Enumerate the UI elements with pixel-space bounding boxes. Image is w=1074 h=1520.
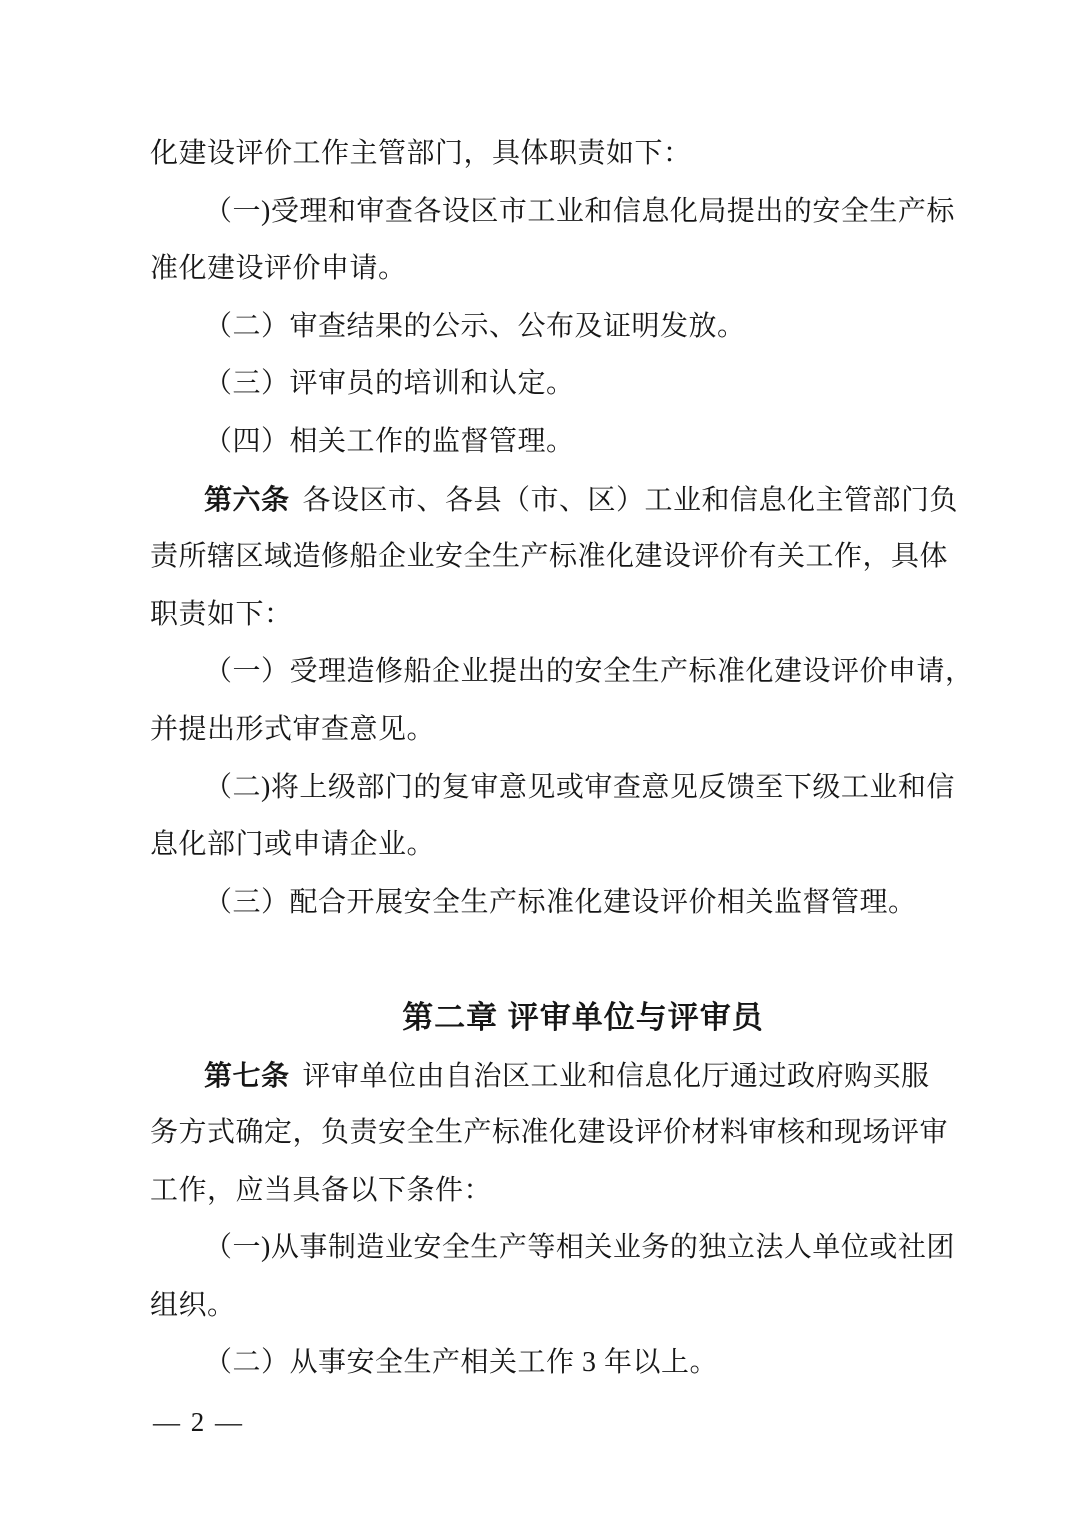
article-line: 第六条各设区市、各县（市、区）工业和信息化主管部门负 (150, 471, 942, 529)
text-line: （二)将上级部门的复审意见或审查意见反馈至下级工业和信 (150, 759, 942, 817)
text-line: 责所辖区域造修船企业安全生产标准化建设评价有关工作，具体 (150, 528, 942, 586)
text-line: 工作，应当具备以下条件： (150, 1162, 942, 1220)
document-body: 化建设评价工作主管部门，具体职责如下： （一)受理和审查各设区市工业和信息化局提… (150, 125, 942, 1392)
text-line: （二）从事安全生产相关工作 3 年以上。 (150, 1334, 942, 1392)
text-line: （一)受理和审查各设区市工业和信息化局提出的安全生产标 (150, 183, 942, 241)
text-line: （三）配合开展安全生产标准化建设评价相关监督管理。 (150, 874, 942, 932)
text-line: （二）审查结果的公示、公布及证明发放。 (150, 298, 942, 356)
document-page: 化建设评价工作主管部门，具体职责如下： （一)受理和审查各设区市工业和信息化局提… (0, 0, 1074, 1520)
text-line: 务方式确定，负责安全生产标准化建设评价材料审核和现场评审 (150, 1104, 942, 1162)
text-line: （四）相关工作的监督管理。 (150, 413, 942, 471)
page-number: — 2 — (153, 1404, 244, 1440)
article-term: 第六条 (204, 484, 290, 515)
text-line: （一）受理造修船企业提出的安全生产标准化建设评价申请， (150, 643, 942, 701)
text-line: （一)从事制造业安全生产等相关业务的独立法人单位或社团 (150, 1219, 942, 1277)
article-text: 各设区市、各县（市、区）工业和信息化主管部门负 (303, 485, 959, 516)
article-line: 第七条评审单位由自治区工业和信息化厅通过政府购买服 (150, 1047, 942, 1105)
text-line: 准化建设评价申请。 (150, 240, 942, 298)
text-line: 组织。 (150, 1277, 942, 1335)
blank-line (150, 931, 942, 989)
chapter-heading: 第二章 评审单位与评审员 (187, 989, 979, 1047)
text-line: 息化部门或申请企业。 (150, 816, 942, 874)
article-text: 评审单位由自治区工业和信息化厅通过政府购买服 (303, 1061, 930, 1092)
text-line: 化建设评价工作主管部门，具体职责如下： (150, 125, 942, 183)
text-line: 并提出形式审查意见。 (150, 701, 942, 759)
text-line: 职责如下： (150, 586, 942, 644)
article-term: 第七条 (204, 1060, 290, 1091)
text-line: （三）评审员的培训和认定。 (150, 355, 942, 413)
